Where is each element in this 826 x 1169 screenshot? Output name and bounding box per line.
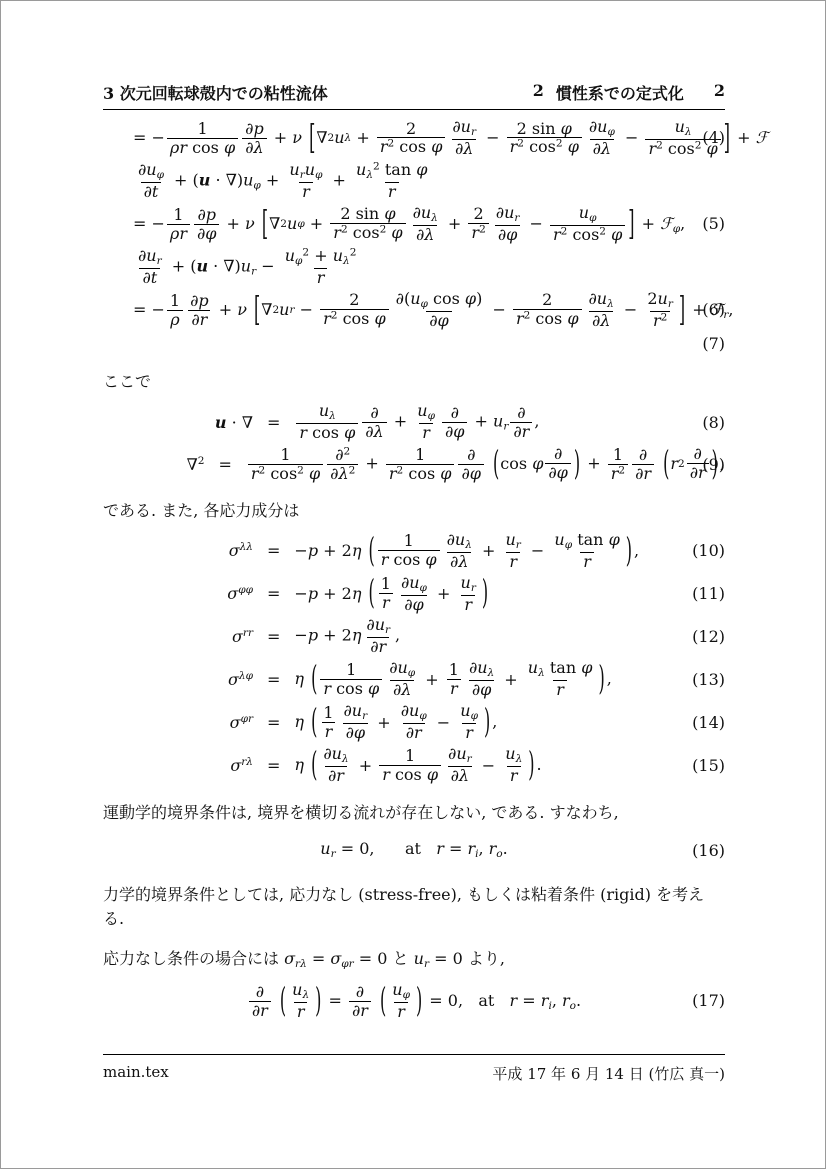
equation-row: (7) — [103, 332, 725, 354]
footer-date-author: 平成 17 年 6 月 14 日 (竹広 真一) — [492, 1063, 725, 1084]
equation-row: σrr=−p + 2η∂ur∂r,(12) — [103, 616, 725, 656]
equation-number: (5) — [702, 214, 725, 233]
equation-number: (11) — [692, 584, 725, 603]
equation-row: σφφ=−p + 2η (1r∂uφ∂φ + urr)(11) — [103, 574, 725, 614]
equation-row: u · ∇=uλr cos φ∂∂λ + uφr∂∂φ + ur∂∂r,(8) — [103, 402, 725, 442]
equation-row: ∂ur∂t + (u · ∇)ur − uφ2 + uλ2r — [103, 247, 725, 287]
page-footer: main.tex 平成 17 年 6 月 14 日 (竹広 真一) — [103, 1054, 725, 1084]
paragraph: 応力なし条件の場合には σrλ = σφr = 0 と ur = 0 より, — [103, 947, 725, 973]
equation-row: ur = 0, at r = ri, ro.(16) — [103, 833, 725, 867]
equation-number: (13) — [692, 670, 725, 689]
equation-row: = −1ρr cos φ∂p∂λ + ν [∇2uλ + 2r2 cos φ∂u… — [103, 118, 725, 158]
equation-number: (17) — [692, 991, 725, 1010]
equation-block: ur = 0, at r = ri, ro.(16) — [103, 833, 725, 867]
equation-row: σλφ=η (1r cos φ∂uφ∂λ + 1r∂uλ∂φ + uλ tan … — [103, 659, 725, 699]
equation-row: = −1ρr∂p∂φ + ν [∇2uφ + 2 sin φr2 cos2 φ∂… — [103, 204, 725, 244]
equation-row: = −1ρ∂p∂r + ν [∇2ur − 2r2 cos φ∂(uφ cos … — [103, 290, 725, 330]
equation-number: (14) — [692, 713, 725, 732]
header-section-number: 2 — [533, 81, 544, 104]
header-section-title: 慣性系での定式化 — [556, 81, 684, 104]
header-section: 2 慣性系での定式化 — [533, 81, 684, 104]
header-page-number: 2 — [714, 81, 725, 104]
equation-row: σφr=η (1r∂ur∂φ + ∂uφ∂r − uφr),(14) — [103, 702, 725, 742]
equation-row: ∂uφ∂t + (u · ∇)uφ + uruφr + uλ2 tan φr — [103, 161, 725, 201]
paragraph: 力学的境界条件としては, 応力なし (stress-free), もしくは粘着条… — [103, 883, 725, 931]
paragraph: 運動学的境界条件は, 境界を横切る流れが存在しない, である. すなわち, — [103, 801, 725, 825]
equation-block: u · ∇=uλr cos φ∂∂λ + uφr∂∂φ + ur∂∂r,(8)∇… — [103, 402, 725, 482]
equation-number: (12) — [692, 627, 725, 646]
equation-block: σλλ=−p + 2η (1r cos φ∂uλ∂λ + urr − uφ ta… — [103, 531, 725, 785]
equation-row: σrλ=η (∂uλ∂r + 1r cos φ∂ur∂λ − uλr).(15) — [103, 745, 725, 785]
equation-row: ∂∂r (uλr) = ∂∂r (uφr) = 0, at r = ri, ro… — [103, 981, 725, 1021]
paragraph: ここで — [103, 370, 725, 394]
header-right: 2 慣性系での定式化 2 — [533, 81, 725, 104]
paper-page: 3 次元回転球殻内での粘性流体 2 慣性系での定式化 2 = −1ρr cos … — [0, 0, 826, 1169]
equation-block: ∂∂r (uλr) = ∂∂r (uφr) = 0, at r = ri, ro… — [103, 981, 725, 1021]
equation-block: = −1ρr cos φ∂p∂λ + ν [∇2uλ + 2r2 cos φ∂u… — [103, 118, 725, 354]
equation-row: ∇2=1r2 cos2 φ∂2∂λ2 + 1r2 cos φ∂∂φ (cos φ… — [103, 445, 725, 482]
equation-number: (4) — [702, 128, 725, 147]
paragraph: である. また, 各応力成分は — [103, 499, 725, 523]
equation-number: (15) — [692, 756, 725, 775]
document-body: = −1ρr cos φ∂p∂λ + ν [∇2uλ + 2r2 cos φ∂u… — [103, 118, 725, 1021]
equation-row: σλλ=−p + 2η (1r cos φ∂uλ∂λ + urr − uφ ta… — [103, 531, 725, 571]
equation-number: (9) — [702, 455, 725, 474]
equation-number: (8) — [702, 413, 725, 432]
equation-number: (6) — [702, 300, 725, 319]
equation-number: (7) — [702, 334, 725, 353]
page-header: 3 次元回転球殻内での粘性流体 2 慣性系での定式化 2 — [103, 81, 725, 110]
header-doc-title: 3 次元回転球殻内での粘性流体 — [103, 81, 328, 104]
equation-number: (16) — [692, 841, 725, 860]
equation-number: (10) — [692, 541, 725, 560]
footer-filename: main.tex — [103, 1063, 169, 1084]
